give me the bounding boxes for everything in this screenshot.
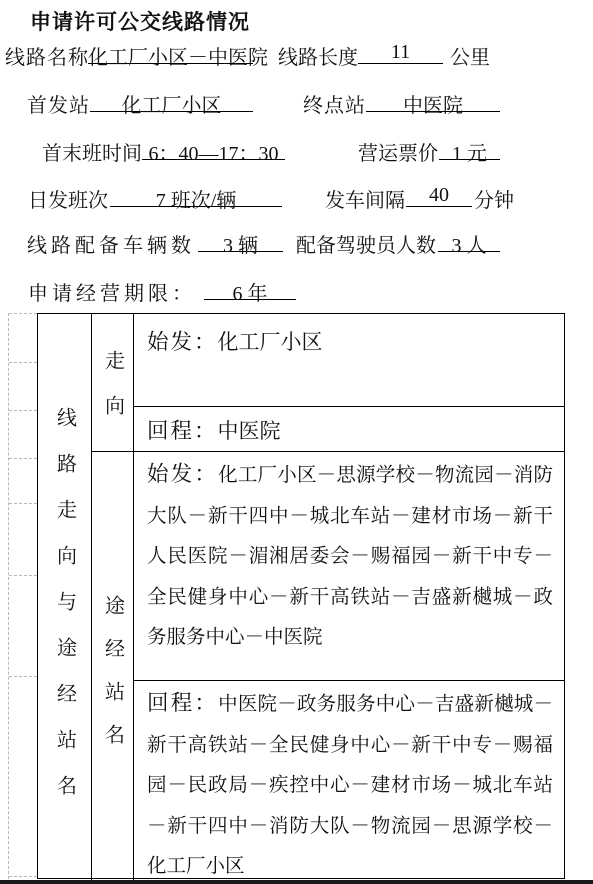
route-name-value: 化工厂小区－中医院 bbox=[88, 41, 253, 64]
service-hours-value: 6：40—17：30 bbox=[142, 137, 285, 160]
table-row-header-cell: 线路走向与途经站名 bbox=[38, 314, 92, 884]
route-length-unit: 公里 bbox=[450, 41, 490, 64]
dashed-gridline bbox=[9, 362, 37, 363]
service-hours-label: 首末班时间 bbox=[42, 137, 142, 160]
stations-header: 途经站名 bbox=[103, 595, 123, 767]
fare-value: 1 元 bbox=[439, 137, 500, 160]
form-line-trips-interval: 日发班次 7 班次/辆 发车间隔 40 分钟 bbox=[0, 184, 593, 207]
form-line-route: 线路名称 化工厂小区－中医院 线路长度 11 公里 bbox=[0, 41, 593, 64]
operation-term-value: 6 年 bbox=[204, 277, 296, 300]
stations-return-cell: 回程：中医院－政务服务中心－吉盛新樾城－新干高铁站－全民健身中心－新干中专－赐福… bbox=[134, 681, 564, 884]
first-station-value: 化工厂小区 bbox=[90, 89, 253, 112]
stations-header-cell: 途经站名 bbox=[92, 452, 134, 884]
dashed-gridline bbox=[9, 458, 37, 459]
dashed-gridline bbox=[9, 575, 37, 576]
form-line-term: 申请经营期限： 6 年 bbox=[0, 277, 593, 300]
driver-count-label: 配备驾驶员人数 bbox=[296, 229, 436, 252]
stations-outbound-value: 化工厂小区－思源学校－物流园－消防大队－新干四中－城北车站－建材市场－新干人民医… bbox=[147, 465, 553, 648]
direction-header-cell: 走向 bbox=[92, 314, 134, 452]
vehicle-count-label: 线路配备车辆数 bbox=[27, 229, 195, 252]
operation-term-label: 申请经营期限： bbox=[28, 277, 196, 300]
hidden-gridline-column bbox=[8, 313, 37, 879]
stations-outbound-label: 始发： bbox=[147, 462, 218, 486]
dashed-gridline bbox=[9, 876, 37, 877]
stations-return-label: 回程： bbox=[147, 691, 218, 715]
page-break-line bbox=[0, 880, 593, 884]
dashed-gridline bbox=[9, 313, 37, 314]
daily-trips-value: 7 班次/辆 bbox=[110, 184, 282, 207]
direction-return-value: 中医院 bbox=[218, 419, 281, 443]
page-title: 申请许可公交线路情况 bbox=[30, 6, 250, 36]
direction-outbound-value: 化工厂小区 bbox=[218, 330, 323, 354]
route-length-value: 11 bbox=[358, 41, 443, 64]
driver-count-value: 3 人 bbox=[438, 229, 500, 252]
route-name-label: 线路名称 bbox=[5, 41, 89, 64]
interval-label: 发车间隔 bbox=[325, 184, 405, 207]
dashed-gridline bbox=[9, 676, 37, 677]
terminal-station-label: 终点站 bbox=[303, 89, 366, 112]
direction-return-label: 回程： bbox=[147, 419, 218, 443]
form-line-hours-fare: 首末班时间 6：40—17：30 营运票价 1 元 bbox=[0, 137, 593, 160]
direction-return-cell: 回程：中医院 bbox=[134, 407, 564, 452]
direction-outbound-label: 始发： bbox=[147, 330, 218, 354]
route-table: 线路走向与途经站名 走向 途经站名 始发：化工厂小区 回程：中医院 始发：化工厂… bbox=[37, 313, 565, 879]
direction-outbound-cell: 始发：化工厂小区 bbox=[134, 314, 564, 407]
interval-value: 40 bbox=[406, 184, 472, 207]
fare-label: 营运票价 bbox=[358, 137, 438, 160]
route-length-label: 线路长度 bbox=[278, 41, 358, 64]
direction-header: 走向 bbox=[103, 350, 123, 440]
vehicle-count-value: 3 辆 bbox=[198, 229, 283, 252]
form-line-vehicles-drivers: 线路配备车辆数 3 辆 配备驾驶员人数 3 人 bbox=[0, 229, 593, 252]
interval-unit: 分钟 bbox=[474, 184, 514, 207]
terminal-station-value: 中医院 bbox=[366, 89, 500, 112]
document-page: 申请许可公交线路情况 线路名称 化工厂小区－中医院 线路长度 11 公里 首发站… bbox=[0, 0, 593, 884]
stations-outbound-cell: 始发：化工厂小区－思源学校－物流园－消防大队－新干四中－城北车站－建材市场－新干… bbox=[134, 452, 564, 681]
daily-trips-label: 日发班次 bbox=[28, 184, 108, 207]
stations-return-value: 中医院－政务服务中心－吉盛新樾城－新干高铁站－全民健身中心－新干中专－赐福园－民… bbox=[147, 694, 553, 877]
dashed-gridline bbox=[9, 410, 37, 411]
first-station-label: 首发站 bbox=[27, 89, 90, 112]
dashed-gridline bbox=[9, 503, 37, 504]
table-row-header: 线路走向与途经站名 bbox=[55, 407, 75, 821]
form-line-stations: 首发站 化工厂小区 终点站 中医院 bbox=[0, 89, 593, 112]
